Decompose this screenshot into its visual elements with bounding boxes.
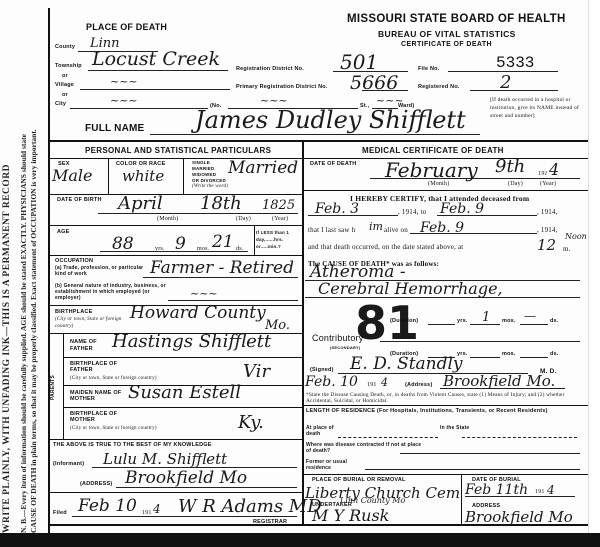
burial-divider [461, 474, 462, 524]
township-line [88, 70, 228, 71]
contracted-line [400, 453, 580, 454]
former-residence-label: Former or usual residence [306, 459, 366, 471]
death-certificate: WRITE PLAINLY, WITH UNFADING INK—THIS IS… [0, 0, 600, 547]
at-place-line [338, 437, 438, 438]
row-divider-certify [302, 190, 588, 191]
side-note-line1: N. B.—Every item of information should b… [19, 134, 28, 533]
signed-label: (Signed) [310, 367, 334, 373]
secondary-label: (SECONDARY) [330, 345, 360, 350]
occupation-label: OCCUPATION [55, 258, 93, 264]
or-label-2: or [62, 92, 68, 98]
attended-from: Feb. 3 [315, 201, 359, 217]
side-note-main: WRITE PLAINLY, WITH UNFADING INK—THIS IS… [2, 164, 12, 533]
death-time: 12 [537, 236, 556, 254]
row-divider-occupation [48, 255, 302, 256]
death-occurred-text: and that death occurred, on the date sta… [308, 243, 463, 251]
duration-ds-line-2 [520, 357, 548, 358]
duration-yrs-value: 1 [482, 310, 490, 325]
age-years: 88 [112, 234, 134, 254]
city-label: City [55, 101, 66, 107]
center-divider [302, 142, 304, 524]
signed-year-prefix: 191 [367, 382, 377, 388]
row-divider-father-birthplace [63, 357, 302, 358]
death-time-unit: Noon [565, 232, 587, 241]
duration-yrs-label-1: yrs. [457, 318, 468, 324]
last-saw-year: , 1914, [537, 226, 558, 234]
mother-birthplace-sub: (City or town, State or foreign country) [70, 426, 157, 431]
age-ds-label: ds. [236, 246, 243, 252]
birthplace-label: BIRTHPLACE [55, 309, 92, 315]
father-name-value: Hastings Shifflett [112, 331, 271, 352]
burial-year-prefix: 191 [535, 489, 545, 495]
dob-year: 1825 [262, 198, 295, 213]
filed-label: Filed [53, 510, 67, 516]
county-label: County [55, 44, 75, 50]
less-than-divider [254, 225, 255, 255]
age-months: 9 [175, 234, 186, 254]
birthplace-sub: (City or town, State or foreign country) [55, 316, 125, 330]
signed-date: Feb. 10 [305, 374, 358, 390]
hospital-note: [If death occurred in a hospital or inst… [490, 96, 584, 120]
township-value: Locust Creek [92, 48, 220, 70]
duration-ds-label-1: ds. [550, 318, 559, 324]
at-place-label: At place of death [306, 425, 346, 437]
filed-year-suffix: 4 [153, 502, 161, 516]
father-birthplace-value: Vir [243, 361, 270, 382]
dod-day: 9th [495, 156, 525, 177]
burial-place-label: PLACE OF BURIAL OR REMOVAL [312, 477, 406, 483]
name-divider [48, 140, 588, 142]
dob-month-caption: (Month) [157, 216, 178, 222]
row-divider-burial [302, 474, 588, 475]
dod-label: DATE OF DEATH [310, 161, 356, 167]
duration-mos-label-1: mos. [502, 318, 516, 324]
duration-ds-line-1 [520, 324, 548, 325]
attended-to-year: , 1914, [537, 208, 558, 216]
mother-name-value: Susan Estell [128, 382, 241, 403]
row-divider-informant [48, 439, 302, 440]
scan-bottom-edge [0, 533, 600, 547]
dod-year-prefix: 191 [538, 171, 548, 177]
registered-no-value: 2 [500, 72, 511, 93]
duration-ds-label-2: ds. [550, 351, 559, 357]
city-line [70, 108, 208, 109]
marital-note: (Write the word) [192, 184, 228, 189]
left-border [48, 8, 50, 533]
dob-year-caption: (Year) [272, 216, 288, 222]
full-name-value: James Dudley Shifflett [195, 106, 466, 134]
mother-name-label: MAIDEN NAME OF MOTHER [70, 390, 125, 402]
undertaker-address-value: Brookfield Mo [465, 508, 573, 526]
contributory-line [380, 341, 580, 342]
mother-birthplace-value: Ky. [238, 412, 264, 433]
filed-date: Feb 10 [78, 496, 137, 516]
occupation-b-label: (b) General nature of industry, business… [55, 283, 170, 301]
village-line [80, 89, 230, 90]
sex-value: Male [52, 166, 93, 185]
age-mos-label: mos. [197, 246, 209, 252]
parents-label: PARENTS [50, 375, 56, 400]
dod-year-suffix: 4 [549, 160, 559, 179]
full-name-line [150, 134, 480, 135]
age-yrs-label: yrs. [155, 246, 165, 252]
last-saw-prefix: that I last saw h [308, 226, 355, 234]
dob-day-caption: (Day) [236, 216, 251, 222]
burial-year-suffix: 4 [547, 483, 555, 497]
or-label-1: or [62, 73, 68, 79]
attended-to: Feb. 9 [440, 201, 484, 217]
marital-value: Married [228, 158, 298, 178]
less-than-label: If LESS than 1 day,......hrs. or.....min… [256, 229, 302, 250]
mother-birthplace-label: BIRTHPLACE OF MOTHER [70, 411, 130, 423]
marital-option-married: MARRIED [192, 166, 214, 171]
age-days: 21 [212, 232, 234, 252]
row-divider-residence [302, 405, 588, 406]
personal-heading: PERSONAL AND STATISTICAL PARTICULARS [85, 146, 271, 155]
race-value: white [122, 167, 164, 185]
row-divider-dob [48, 194, 302, 195]
duration-yrs-line-1 [428, 324, 455, 325]
informant-label: (Informant) [53, 461, 84, 467]
informant-address-label: (ADDRESS) [80, 481, 112, 487]
certificate-title: CERTIFICATE OF DEATH [401, 41, 492, 48]
attended-from-year: , 1914, to [398, 208, 426, 216]
physician-address-label: (Address) [405, 382, 432, 388]
occupation-b-line [168, 300, 298, 301]
bureau-title: BUREAU OF VITAL STATISTICS [378, 29, 516, 39]
occupation-a-label: (a) Trade, profession, or particular kin… [55, 265, 150, 277]
duration-label-1: (Duration) [390, 318, 418, 324]
informant-address-value: Brookfield Mo [125, 468, 247, 488]
undertaker-value: M Y Rusk [312, 506, 389, 525]
row-divider-mother-birthplace [63, 407, 302, 408]
residence-heading: LENGTH OF RESIDENCE (For Hospitals, Inst… [306, 408, 571, 415]
age-label: AGE [57, 229, 70, 235]
dod-day-caption: (Day) [508, 181, 523, 187]
informant-value: Lulu M. Shifflett [103, 450, 227, 468]
place-of-death-heading: PLACE OF DEATH [86, 22, 167, 32]
full-name-label: FULL NAME [85, 123, 144, 134]
dod-month-caption: (Month) [428, 181, 449, 187]
burial-date-value: Feb 11th [465, 482, 528, 498]
in-state-line [462, 437, 577, 438]
true-statement: THE ABOVE IS TRUE TO THE BEST OF MY KNOW… [53, 442, 212, 448]
father-name-label: NAME OF FATHER [70, 339, 110, 353]
father-birthplace-label: BIRTHPLACE OF FATHER [70, 361, 130, 373]
registrar-label: REGISTRAR [253, 519, 287, 525]
physician-address-value: Brookfield Mo. [443, 372, 555, 390]
primary-district-label: Primary Registration District No. [236, 84, 328, 90]
side-note-line2: CAUSE OF DEATH in plain terms, so that i… [29, 129, 38, 533]
filed-year-prefix: 191 [142, 510, 152, 516]
medical-heading: MEDICAL CERTIFICATE OF DEATH [362, 146, 504, 155]
dod-year-caption: (Year) [540, 181, 556, 187]
dod-month: February [385, 158, 478, 182]
marital-option-divorced: OR DIVORCED [192, 178, 226, 183]
birthplace-value: Howard County [130, 303, 266, 323]
row-divider-filed [48, 492, 302, 493]
dob-day: 18th [200, 193, 242, 214]
registrar-signature: W R Adams MD [178, 496, 322, 517]
duration-mos-value: — [524, 309, 536, 323]
dob-label: DATE OF BIRTH [57, 197, 102, 203]
occupation-b-value: ~~~ [190, 287, 218, 300]
board-title: MISSOURI STATE BOARD OF HEALTH [347, 13, 566, 25]
marital-option-widowed: WIDOWED [192, 172, 216, 177]
duration-mos-line-2 [470, 357, 500, 358]
occupation-a-value: Farmer - Retired [150, 258, 294, 278]
cause-footnote: *State the Disease Causing Death, or, in… [306, 392, 586, 404]
duration-mos-label-2: mos. [502, 351, 516, 357]
father-birthplace-sub: (City or town, State or foreign country) [70, 376, 157, 381]
registered-no-label: Registered No. [418, 84, 460, 90]
file-no-value: 5333 [496, 54, 534, 72]
last-saw-date: Feb. 9 [420, 220, 464, 236]
death-m-label: m. [563, 245, 571, 253]
side-instructions: WRITE PLAINLY, WITH UNFADING INK—THIS IS… [2, 0, 46, 533]
last-saw-suffix: alive on [384, 226, 408, 234]
file-no-label: File No. [418, 66, 439, 72]
township-label: Township [55, 63, 82, 69]
dob-month: April [118, 193, 163, 214]
former-residence-line [365, 469, 580, 470]
parents-bracket [63, 333, 64, 439]
last-saw-pronoun: im [369, 220, 383, 233]
primary-district-value: 5666 [350, 72, 398, 94]
scan-right-margin [588, 0, 600, 533]
race-marital-divider [183, 158, 184, 194]
registered-no-line [470, 90, 558, 91]
registration-district-label: Registration District No. [236, 66, 304, 72]
signed-value: E. D. Standly [350, 354, 463, 374]
sex-race-divider [108, 158, 109, 194]
in-state-label: In the State [440, 425, 470, 431]
village-label: Village [55, 82, 74, 88]
registration-district-value: 501 [340, 50, 378, 74]
row-divider-age [48, 225, 302, 226]
signed-year-suffix: 4 [381, 376, 388, 389]
city-value: ~~~ [110, 94, 138, 107]
village-value: ~~~ [110, 75, 138, 88]
marital-option-single: SINGLE [192, 160, 210, 165]
contributory-label: Contributory [312, 333, 363, 343]
